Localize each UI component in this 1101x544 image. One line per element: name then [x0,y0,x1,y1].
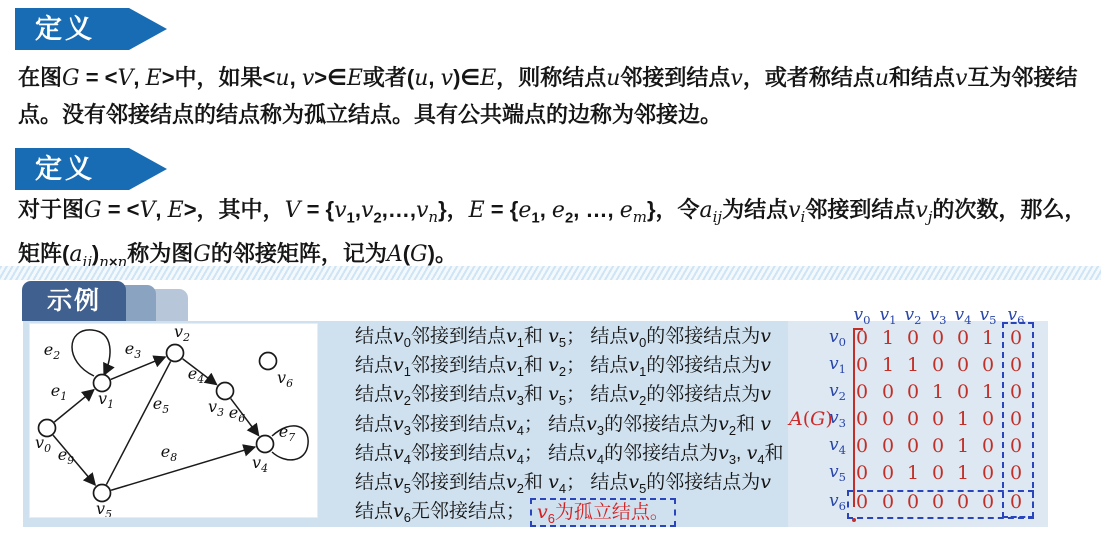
matrix-cell: 0 [932,462,944,484]
example-badge-label: 示例 [47,287,101,315]
matrix-cell: 0 [982,354,994,376]
definition-badge-1: 定义 [15,8,167,50]
matrix-cell: 0 [932,408,944,430]
matrix-col-header: v0 [854,305,871,327]
matrix-cell: 1 [982,327,994,349]
note-line: 结点v0邻接到结点v1和 v5； 结点v0的邻接结点为v [355,322,788,351]
matrix-cell: 0 [957,491,969,513]
matrix-cell: 0 [907,327,919,349]
matrix-cell: 0 [907,435,919,457]
matrix-cell: 0 [882,408,894,430]
graph-node-v2 [167,345,184,362]
matrix-row-header: v3 [829,408,846,430]
matrix-cell: 0 [957,327,969,349]
matrix-col-header: v3 [930,305,947,327]
graph-node-v6 [260,353,277,370]
matrix-cell: 0 [856,327,868,349]
graph-node-label-v6: v6 [277,368,293,390]
graph-node-v4 [257,436,274,453]
graph-node-label-v5: v5 [96,499,112,517]
matrix-cell: 0 [856,381,868,403]
matrix-cell: 0 [932,354,944,376]
matrix-cell: 0 [982,435,994,457]
matrix-cell: 0 [882,462,894,484]
graph-edge-label-e3: e3 [125,339,141,361]
matrix-row-header: v6 [829,491,846,513]
isolated-node-callout: v6为孤立结点。 [530,498,676,527]
directed-graph-svg: v0v1v2v3v4v5v6e1e2e3e4e5e6e7e8e9 [30,324,317,517]
note-line: 结点v2邻接到结点v3和 v5； 结点v2的邻接结点为v [355,380,788,409]
graph-edge-label-e1: e1 [51,381,67,403]
matrix-cell: 0 [1010,462,1022,484]
matrix-cell: 0 [856,354,868,376]
matrix-cell: 0 [882,491,894,513]
matrix-cell: 0 [982,408,994,430]
matrix-cell: 1 [882,327,894,349]
adjacency-notes: 结点v0邻接到结点v1和 v5； 结点v0的邻接结点为v结点v1邻接到结点v1和… [355,322,788,528]
graph-edge-label-e8: e8 [161,442,177,464]
graph-figure: v0v1v2v3v4v5v6e1e2e3e4e5e6e7e8e9 [29,323,318,518]
matrix-cell: 0 [882,435,894,457]
matrix-cell: 0 [957,381,969,403]
matrix-cell: 0 [856,435,868,457]
matrix-cell: 0 [856,491,868,513]
matrix-cell: 0 [907,408,919,430]
matrix-label: A(G) [789,408,833,430]
example-badge: 示例 [22,281,126,321]
graph-node-label-v4: v4 [252,453,268,475]
matrix-cell: 0 [1010,354,1022,376]
matrix-cell: 0 [1010,491,1022,513]
matrix-col-header: v5 [980,305,997,327]
note-line: 结点v6无邻接结点；v6为孤立结点。 [355,497,788,526]
matrix-cell: 1 [957,435,969,457]
graph-node-label-v3: v3 [208,397,224,419]
matrix-cell: 1 [907,354,919,376]
graph-node-label-v1: v1 [98,389,114,411]
matrix-row-header: v0 [829,327,846,349]
matrix-row-header: v4 [829,435,846,457]
slide: 定义 在图G = <V, E>中，如果<u, v>∈E或者(u, v)∈E，则称… [0,0,1101,544]
matrix-cell: 0 [982,462,994,484]
graph-edge-e8 [111,447,255,490]
matrix-cell: 0 [957,354,969,376]
graph-node-v3 [217,383,234,400]
matrix-cell: 0 [882,381,894,403]
matrix-cell: 1 [957,408,969,430]
graph-edge-e2 [72,330,110,376]
hatched-divider [0,266,1101,280]
matrix-col-header: v6 [1008,305,1025,327]
matrix-cell: 0 [932,327,944,349]
matrix-cell: 0 [1010,408,1022,430]
graph-edge-label-e2: e2 [44,340,60,362]
matrix-row-header: v1 [829,354,846,376]
matrix-cell: 0 [907,381,919,403]
matrix-cell: 1 [957,462,969,484]
graph-edge-e5 [106,361,170,484]
graph-edge-label-e4: e4 [188,364,204,386]
note-line: 结点v3邻接到结点v4； 结点v3的邻接结点为v2和 v [355,410,788,439]
matrix-cell: 0 [1010,435,1022,457]
graph-node-label-v2: v2 [174,324,190,344]
graph-edge-label-e6: e6 [229,403,245,425]
note-line: 结点v5邻接到结点v2和 v4； 结点v5的邻接结点为v [355,468,788,497]
matrix-col-header: v1 [880,305,897,327]
matrix-cell: 1 [982,381,994,403]
definition-badge-2: 定义 [15,148,167,190]
matrix-cell: 0 [982,491,994,513]
note-line: 结点v4邻接到结点v4； 结点v4的邻接结点为v3, v4和 [355,439,788,468]
matrix-cell: 0 [856,408,868,430]
definition-badge-2-label: 定义 [35,154,95,184]
note-line: 结点v1邻接到结点v1和 v2； 结点v1的邻接结点为v [355,351,788,380]
matrix-cell: 0 [932,491,944,513]
graph-edge-label-e5: e5 [153,394,169,416]
matrix-cell: 1 [932,381,944,403]
definition-badge-1-label: 定义 [35,14,95,44]
matrix-cell: 0 [1010,327,1022,349]
matrix-cell: 0 [932,435,944,457]
matrix-col-header: v2 [905,305,922,327]
matrix-cell: 1 [882,354,894,376]
matrix-cell: 0 [907,491,919,513]
matrix-row-header: v5 [829,462,846,484]
definition-1-text: 在图G = <V, E>中，如果<u, v>∈E或者(u, v)∈E，则称结点u… [18,60,1093,133]
matrix-cell: 0 [1010,381,1022,403]
matrix-cell: 0 [856,462,868,484]
graph-edge-label-e9: e9 [58,445,74,467]
matrix-row-header: v2 [829,381,846,403]
matrix-cell: 1 [907,462,919,484]
matrix-col-header: v4 [955,305,972,327]
